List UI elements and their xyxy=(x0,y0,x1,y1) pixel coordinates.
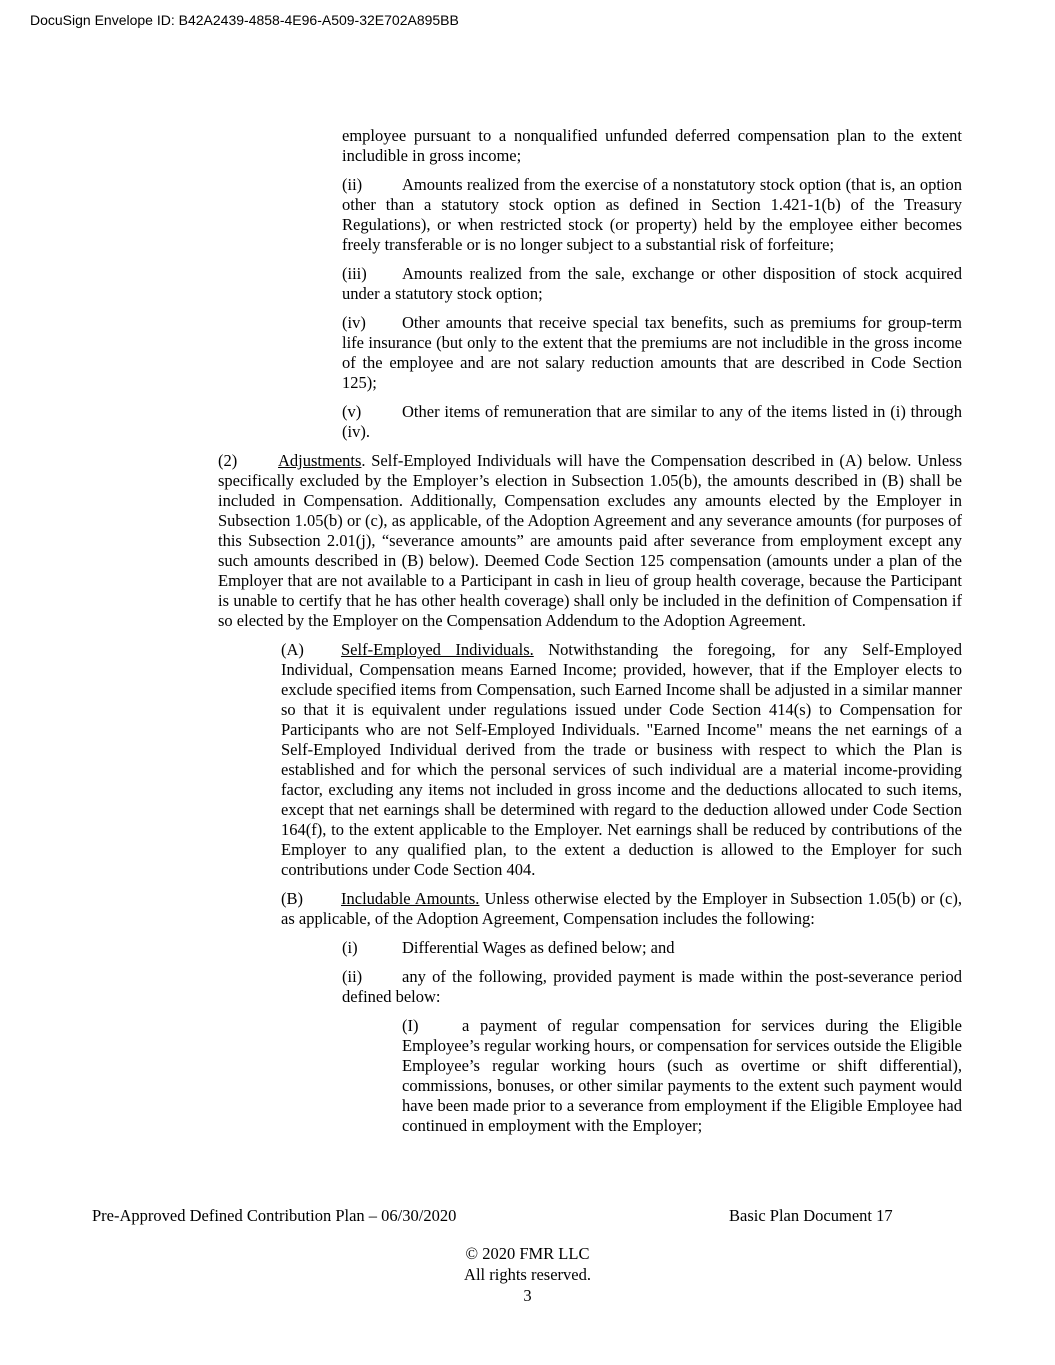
paragraph-text: Differential Wages as defined below; and xyxy=(402,938,675,957)
footer-copyright-block: © 2020 FMR LLC All rights reserved. 3 xyxy=(0,1243,1055,1306)
list-label: (I) xyxy=(402,1016,462,1036)
list-label: (B) xyxy=(281,889,341,909)
paragraph-text: employee pursuant to a nonqualified unfu… xyxy=(342,126,962,165)
paragraph-item-ii-b: (ii)any of the following, provided payme… xyxy=(342,967,962,1007)
paragraph-text: a payment of regular compensation for se… xyxy=(402,1016,962,1135)
paragraph-text: Other amounts that receive special tax b… xyxy=(342,313,962,392)
footer-document-name: Basic Plan Document 17 xyxy=(729,1205,893,1226)
paragraph-item-v: (v)Other items of remuneration that are … xyxy=(342,402,962,442)
rights-line: All rights reserved. xyxy=(0,1264,1055,1285)
list-label: (iv) xyxy=(342,313,402,333)
paragraph-item-I: (I)a payment of regular compensation for… xyxy=(402,1016,962,1136)
paragraph-item-iv: (iv)Other amounts that receive special t… xyxy=(342,313,962,393)
document-body: employee pursuant to a nonqualified unfu… xyxy=(0,126,1055,1145)
paragraph-text: Amounts realized from the exercise of a … xyxy=(342,175,962,254)
footer-plan-title: Pre-Approved Defined Contribution Plan –… xyxy=(92,1205,456,1226)
paragraph-self-employed: (A)Self-Employed Individuals. Notwithsta… xyxy=(281,640,962,880)
paragraph-text: any of the following, provided payment i… xyxy=(342,967,962,1006)
list-label: (v) xyxy=(342,402,402,422)
list-label: (ii) xyxy=(342,967,402,987)
paragraph-text: . Self-Employed Individuals will have th… xyxy=(218,451,962,630)
paragraph-item-ii: (ii)Amounts realized from the exercise o… xyxy=(342,175,962,255)
paragraph-text: Amounts realized from the sale, exchange… xyxy=(342,264,962,303)
list-label: (ii) xyxy=(342,175,402,195)
paragraph-item-i: (i)Differential Wages as defined below; … xyxy=(342,938,962,958)
docusign-envelope-id: DocuSign Envelope ID: B42A2439-4858-4E96… xyxy=(30,12,459,28)
list-label: (iii) xyxy=(342,264,402,284)
paragraph-item-iii: (iii)Amounts realized from the sale, exc… xyxy=(342,264,962,304)
section-heading: Self-Employed Individuals. xyxy=(341,640,534,659)
paragraph-text: Other items of remuneration that are sim… xyxy=(342,402,962,441)
list-label: (2) xyxy=(218,451,278,471)
list-label: (i) xyxy=(342,938,402,958)
paragraph-adjustments: (2)Adjustments. Self-Employed Individual… xyxy=(218,451,962,631)
page-number: 3 xyxy=(0,1285,1055,1306)
copyright-line: © 2020 FMR LLC xyxy=(0,1243,1055,1264)
section-heading: Adjustments xyxy=(278,451,361,470)
list-label: (A) xyxy=(281,640,341,660)
paragraph-includable-amounts: (B)Includable Amounts. Unless otherwise … xyxy=(281,889,962,929)
section-heading: Includable Amounts. xyxy=(341,889,479,908)
paragraph-text: Notwithstanding the foregoing, for any S… xyxy=(281,640,962,879)
paragraph-continuation: employee pursuant to a nonqualified unfu… xyxy=(342,126,962,166)
